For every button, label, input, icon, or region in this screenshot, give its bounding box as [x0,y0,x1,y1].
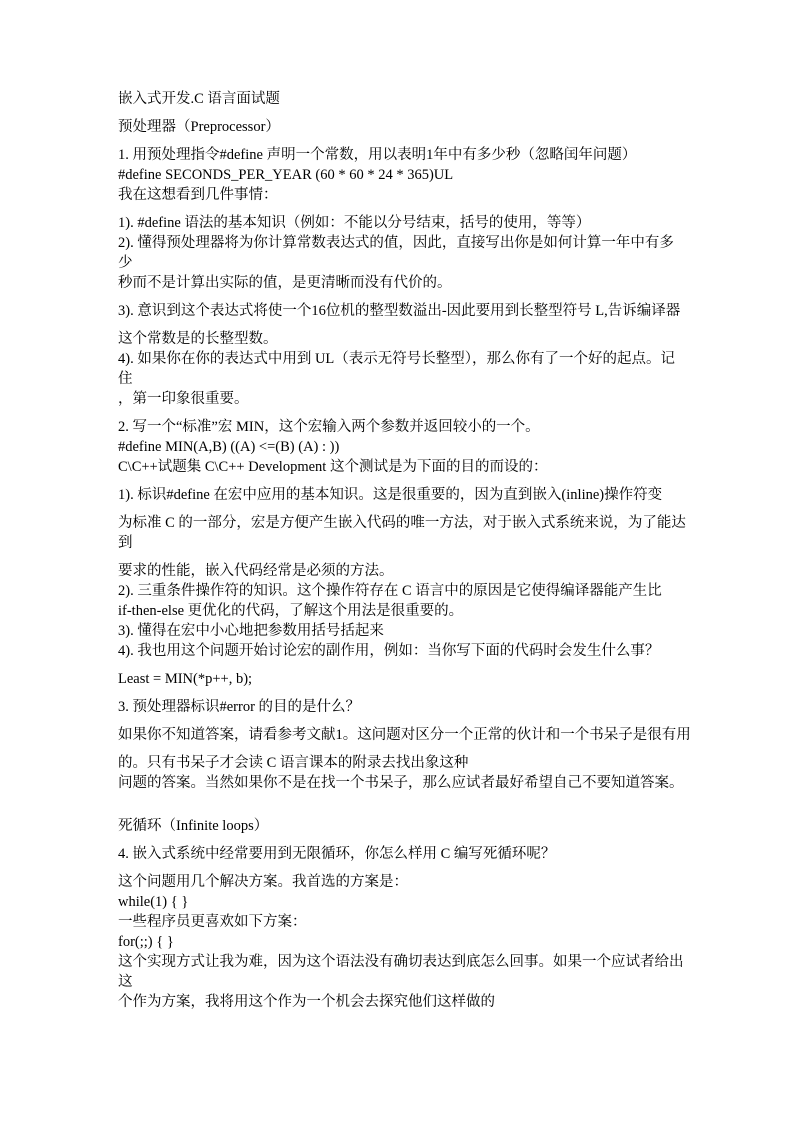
body-line: 1). 标识#define 在宏中应用的基本知识。这是很重要的，因为直到嵌入(i… [118,485,694,505]
body-line: 秒而不是计算出实际的值，是更清晰而没有代价的。 [118,273,694,293]
code-line: #define MIN(A,B) ((A) <=(B) (A) : )) [118,437,694,457]
body-line: 的。只有书呆子才会读 C 语言课本的附录去找出象这种 [118,753,694,773]
question-line: 1. 用预处理指令#define 声明一个常数，用以表明1年中有多少秒（忽略闰年… [118,145,694,165]
body-line: C\C++试题集 C\C++ Development 这个测试是为下面的目的而设… [118,457,694,477]
body-line: 一些程序员更喜欢如下方案： [118,912,694,932]
body-line: 这个常数是的长整型数。 [118,329,694,349]
body-line: 少 [118,253,694,273]
body-line: 4). 如果你在你的表达式中用到 UL（表示无符号长整型），那么你有了一个好的起… [118,349,694,369]
body-line: 问题的答案。当然如果你不是在找一个书呆子，那么应试者最好希望自己不要知道答案。 [118,773,694,793]
code-line: #define SECONDS_PER_YEAR (60 * 60 * 24 *… [118,165,694,185]
document-page: 嵌入式开发.C 语言面试题 预处理器（Preprocessor） 1. 用预处理… [0,0,794,1123]
body-line: 1). #define 语法的基本知识（例如：不能以分号结束，括号的使用，等等） [118,213,694,233]
body-line: 2). 三重条件操作符的知识。这个操作符存在 C 语言中的原因是它使得编译器能产… [118,581,694,601]
doc-title-line: 嵌入式开发.C 语言面试题 [118,89,694,109]
section-heading-line: 死循环（Infinite loops） [118,816,694,836]
question-line: 2. 写一个“标准”宏 MIN，这个宏输入两个参数并返回较小的一个。 [118,417,694,437]
body-line: 要求的性能，嵌入代码经常是必须的方法。 [118,561,694,581]
question-line: 4. 嵌入式系统中经常要用到无限循环，你怎么样用 C 编写死循环呢？ [118,844,694,864]
body-line: 如果你不知道答案，请看参考文献1。这问题对区分一个正常的伙计和一个书呆子是很有用 [118,725,694,745]
body-line: 3). 懂得在宏中小心地把参数用括号括起来 [118,621,694,641]
body-line: 住 [118,369,694,389]
body-line: 这个问题用几个解决方案。我首选的方案是： [118,872,694,892]
code-line: Least = MIN(*p++, b); [118,669,694,689]
document-content: 嵌入式开发.C 语言面试题 预处理器（Preprocessor） 1. 用预处理… [118,89,694,1012]
code-line: for(;;) { } [118,932,694,952]
body-line: 这 [118,972,694,992]
section-heading-line: 预处理器（Preprocessor） [118,117,694,137]
body-line: ，第一印象很重要。 [118,389,694,409]
question-line: 3. 预处理器标识#error 的目的是什么？ [118,697,694,717]
body-line: 到 [118,533,694,553]
body-line: 这个实现方式让我为难，因为这个语法没有确切表达到底怎么回事。如果一个应试者给出 [118,952,694,972]
body-line: 2). 懂得预处理器将为你计算常数表达式的值，因此，直接写出你是如何计算一年中有… [118,233,694,253]
body-line: 我在这想看到几件事情： [118,185,694,205]
body-line: 3). 意识到这个表达式将使一个16位机的整型数溢出-因此要用到长整型符号 L,… [118,301,694,321]
body-line: if-then-else 更优化的代码，了解这个用法是很重要的。 [118,601,694,621]
body-line: 4). 我也用这个问题开始讨论宏的副作用，例如：当你写下面的代码时会发生什么事？ [118,641,694,661]
body-line: 个作为方案，我将用这个作为一个机会去探究他们这样做的 [118,992,694,1012]
body-line: 为标准 C 的一部分，宏是方便产生嵌入代码的唯一方法，对于嵌入式系统来说，为了能… [118,513,694,533]
code-line: while(1) { } [118,892,694,912]
